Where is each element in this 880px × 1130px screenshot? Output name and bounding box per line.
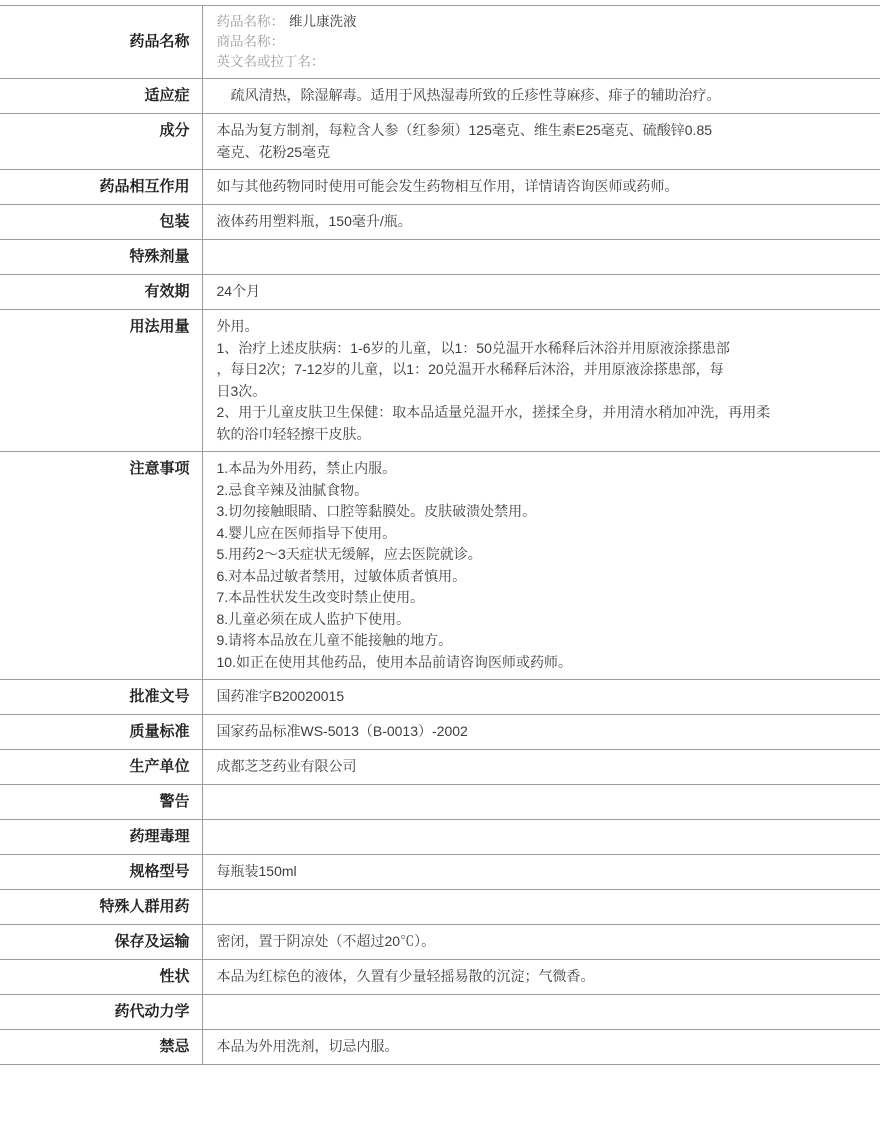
pharmacokinetics-value (202, 995, 880, 1030)
storage-transport-value: 密闭，置于阴凉处（不超过20℃）。 (202, 925, 880, 960)
drug-info-document: 药品名称药品名称：维儿康洗液商品名称：英文名或拉丁名：适应症 疏风清热，除湿解毒… (0, 0, 880, 1065)
shelf-life-label: 有效期 (0, 275, 202, 310)
table-row-contraindications: 禁忌本品为外用洗剂，切忌内服。 (0, 1030, 880, 1065)
warning-label: 警告 (0, 785, 202, 820)
trade-name-line: 商品名称： (217, 32, 869, 52)
drug-info-table-body: 药品名称药品名称：维儿康洗液商品名称：英文名或拉丁名：适应症 疏风清热，除湿解毒… (0, 6, 880, 1065)
table-row-approval-number: 批准文号国药准字B20020015 (0, 680, 880, 715)
table-row-storage-transport: 保存及运输密闭，置于阴凉处（不超过20℃）。 (0, 925, 880, 960)
english-name-line: 英文名或拉丁名： (217, 52, 869, 72)
generic-name-sublabel: 药品名称： (217, 14, 285, 29)
approval-number-label: 批准文号 (0, 680, 202, 715)
shelf-life-value: 24个月 (202, 275, 880, 310)
contraindications-label: 禁忌 (0, 1030, 202, 1065)
indications-value: 疏风清热，除湿解毒。适用于风热湿毒所致的丘疹性荨麻疹、痱子的辅助治疗。 (202, 79, 880, 114)
packaging-label: 包装 (0, 205, 202, 240)
table-row-quality-standard: 质量标准国家药品标准WS-5013（B-0013）-2002 (0, 715, 880, 750)
packaging-value: 液体药用塑料瓶，150毫升/瓶。 (202, 205, 880, 240)
drug-interactions-value: 如与其他药物同时使用可能会发生药物相互作用，详情请咨询医师或药师。 (202, 170, 880, 205)
pharmacology-toxicology-value (202, 820, 880, 855)
drug-name-label: 药品名称 (0, 6, 202, 79)
indications-label: 适应症 (0, 79, 202, 114)
special-dosage-label: 特殊剂量 (0, 240, 202, 275)
contraindications-value: 本品为外用洗剂，切忌内服。 (202, 1030, 880, 1065)
table-row-shelf-life: 有效期24个月 (0, 275, 880, 310)
table-row-specification: 规格型号每瓶装150ml (0, 855, 880, 890)
quality-standard-label: 质量标准 (0, 715, 202, 750)
properties-label: 性状 (0, 960, 202, 995)
table-row-properties: 性状本品为红棕色的液体，久置有少量轻摇易散的沉淀；气微香。 (0, 960, 880, 995)
table-row-special-dosage: 特殊剂量 (0, 240, 880, 275)
table-row-precautions: 注意事项1.本品为外用药，禁止内服。 2.忌食辛辣及油腻食物。 3.切勿接触眼睛… (0, 452, 880, 680)
table-row-packaging: 包装液体药用塑料瓶，150毫升/瓶。 (0, 205, 880, 240)
table-row-special-population: 特殊人群用药 (0, 890, 880, 925)
table-row-drug-name: 药品名称药品名称：维儿康洗液商品名称：英文名或拉丁名： (0, 6, 880, 79)
ingredients-value: 本品为复方制剂，每粒含人参（红参须）125毫克、维生素E25毫克、硫酸锌0.85… (202, 114, 880, 170)
special-population-value (202, 890, 880, 925)
table-row-manufacturer: 生产单位成都芝芝药业有限公司 (0, 750, 880, 785)
drug-info-table: 药品名称药品名称：维儿康洗液商品名称：英文名或拉丁名：适应症 疏风清热，除湿解毒… (0, 5, 880, 1065)
table-row-usage-dosage: 用法用量外用。 1、治疗上述皮肤病：1-6岁的儿童，以1：50兑温开水稀释后沐浴… (0, 310, 880, 452)
precautions-label: 注意事项 (0, 452, 202, 680)
english-name-sublabel: 英文名或拉丁名： (217, 54, 325, 69)
pharmacology-toxicology-label: 药理毒理 (0, 820, 202, 855)
approval-number-value: 国药准字B20020015 (202, 680, 880, 715)
specification-label: 规格型号 (0, 855, 202, 890)
table-row-warning: 警告 (0, 785, 880, 820)
table-row-indications: 适应症 疏风清热，除湿解毒。适用于风热湿毒所致的丘疹性荨麻疹、痱子的辅助治疗。 (0, 79, 880, 114)
table-row-pharmacokinetics: 药代动力学 (0, 995, 880, 1030)
usage-dosage-value: 外用。 1、治疗上述皮肤病：1-6岁的儿童，以1：50兑温开水稀释后沐浴并用原液… (202, 310, 880, 452)
manufacturer-value: 成都芝芝药业有限公司 (202, 750, 880, 785)
drug-interactions-label: 药品相互作用 (0, 170, 202, 205)
generic-name-subvalue: 维儿康洗液 (289, 14, 357, 29)
table-row-ingredients: 成分本品为复方制剂，每粒含人参（红参须）125毫克、维生素E25毫克、硫酸锌0.… (0, 114, 880, 170)
special-dosage-value (202, 240, 880, 275)
usage-dosage-label: 用法用量 (0, 310, 202, 452)
generic-name-line: 药品名称：维儿康洗液 (217, 12, 869, 32)
precautions-value: 1.本品为外用药，禁止内服。 2.忌食辛辣及油腻食物。 3.切勿接触眼睛、口腔等… (202, 452, 880, 680)
manufacturer-label: 生产单位 (0, 750, 202, 785)
ingredients-label: 成分 (0, 114, 202, 170)
drug-name-value: 药品名称：维儿康洗液商品名称：英文名或拉丁名： (202, 6, 880, 79)
table-row-drug-interactions: 药品相互作用如与其他药物同时使用可能会发生药物相互作用，详情请咨询医师或药师。 (0, 170, 880, 205)
properties-value: 本品为红棕色的液体，久置有少量轻摇易散的沉淀；气微香。 (202, 960, 880, 995)
storage-transport-label: 保存及运输 (0, 925, 202, 960)
quality-standard-value: 国家药品标准WS-5013（B-0013）-2002 (202, 715, 880, 750)
trade-name-sublabel: 商品名称： (217, 34, 285, 49)
pharmacokinetics-label: 药代动力学 (0, 995, 202, 1030)
warning-value (202, 785, 880, 820)
table-row-pharmacology-toxicology: 药理毒理 (0, 820, 880, 855)
specification-value: 每瓶装150ml (202, 855, 880, 890)
special-population-label: 特殊人群用药 (0, 890, 202, 925)
